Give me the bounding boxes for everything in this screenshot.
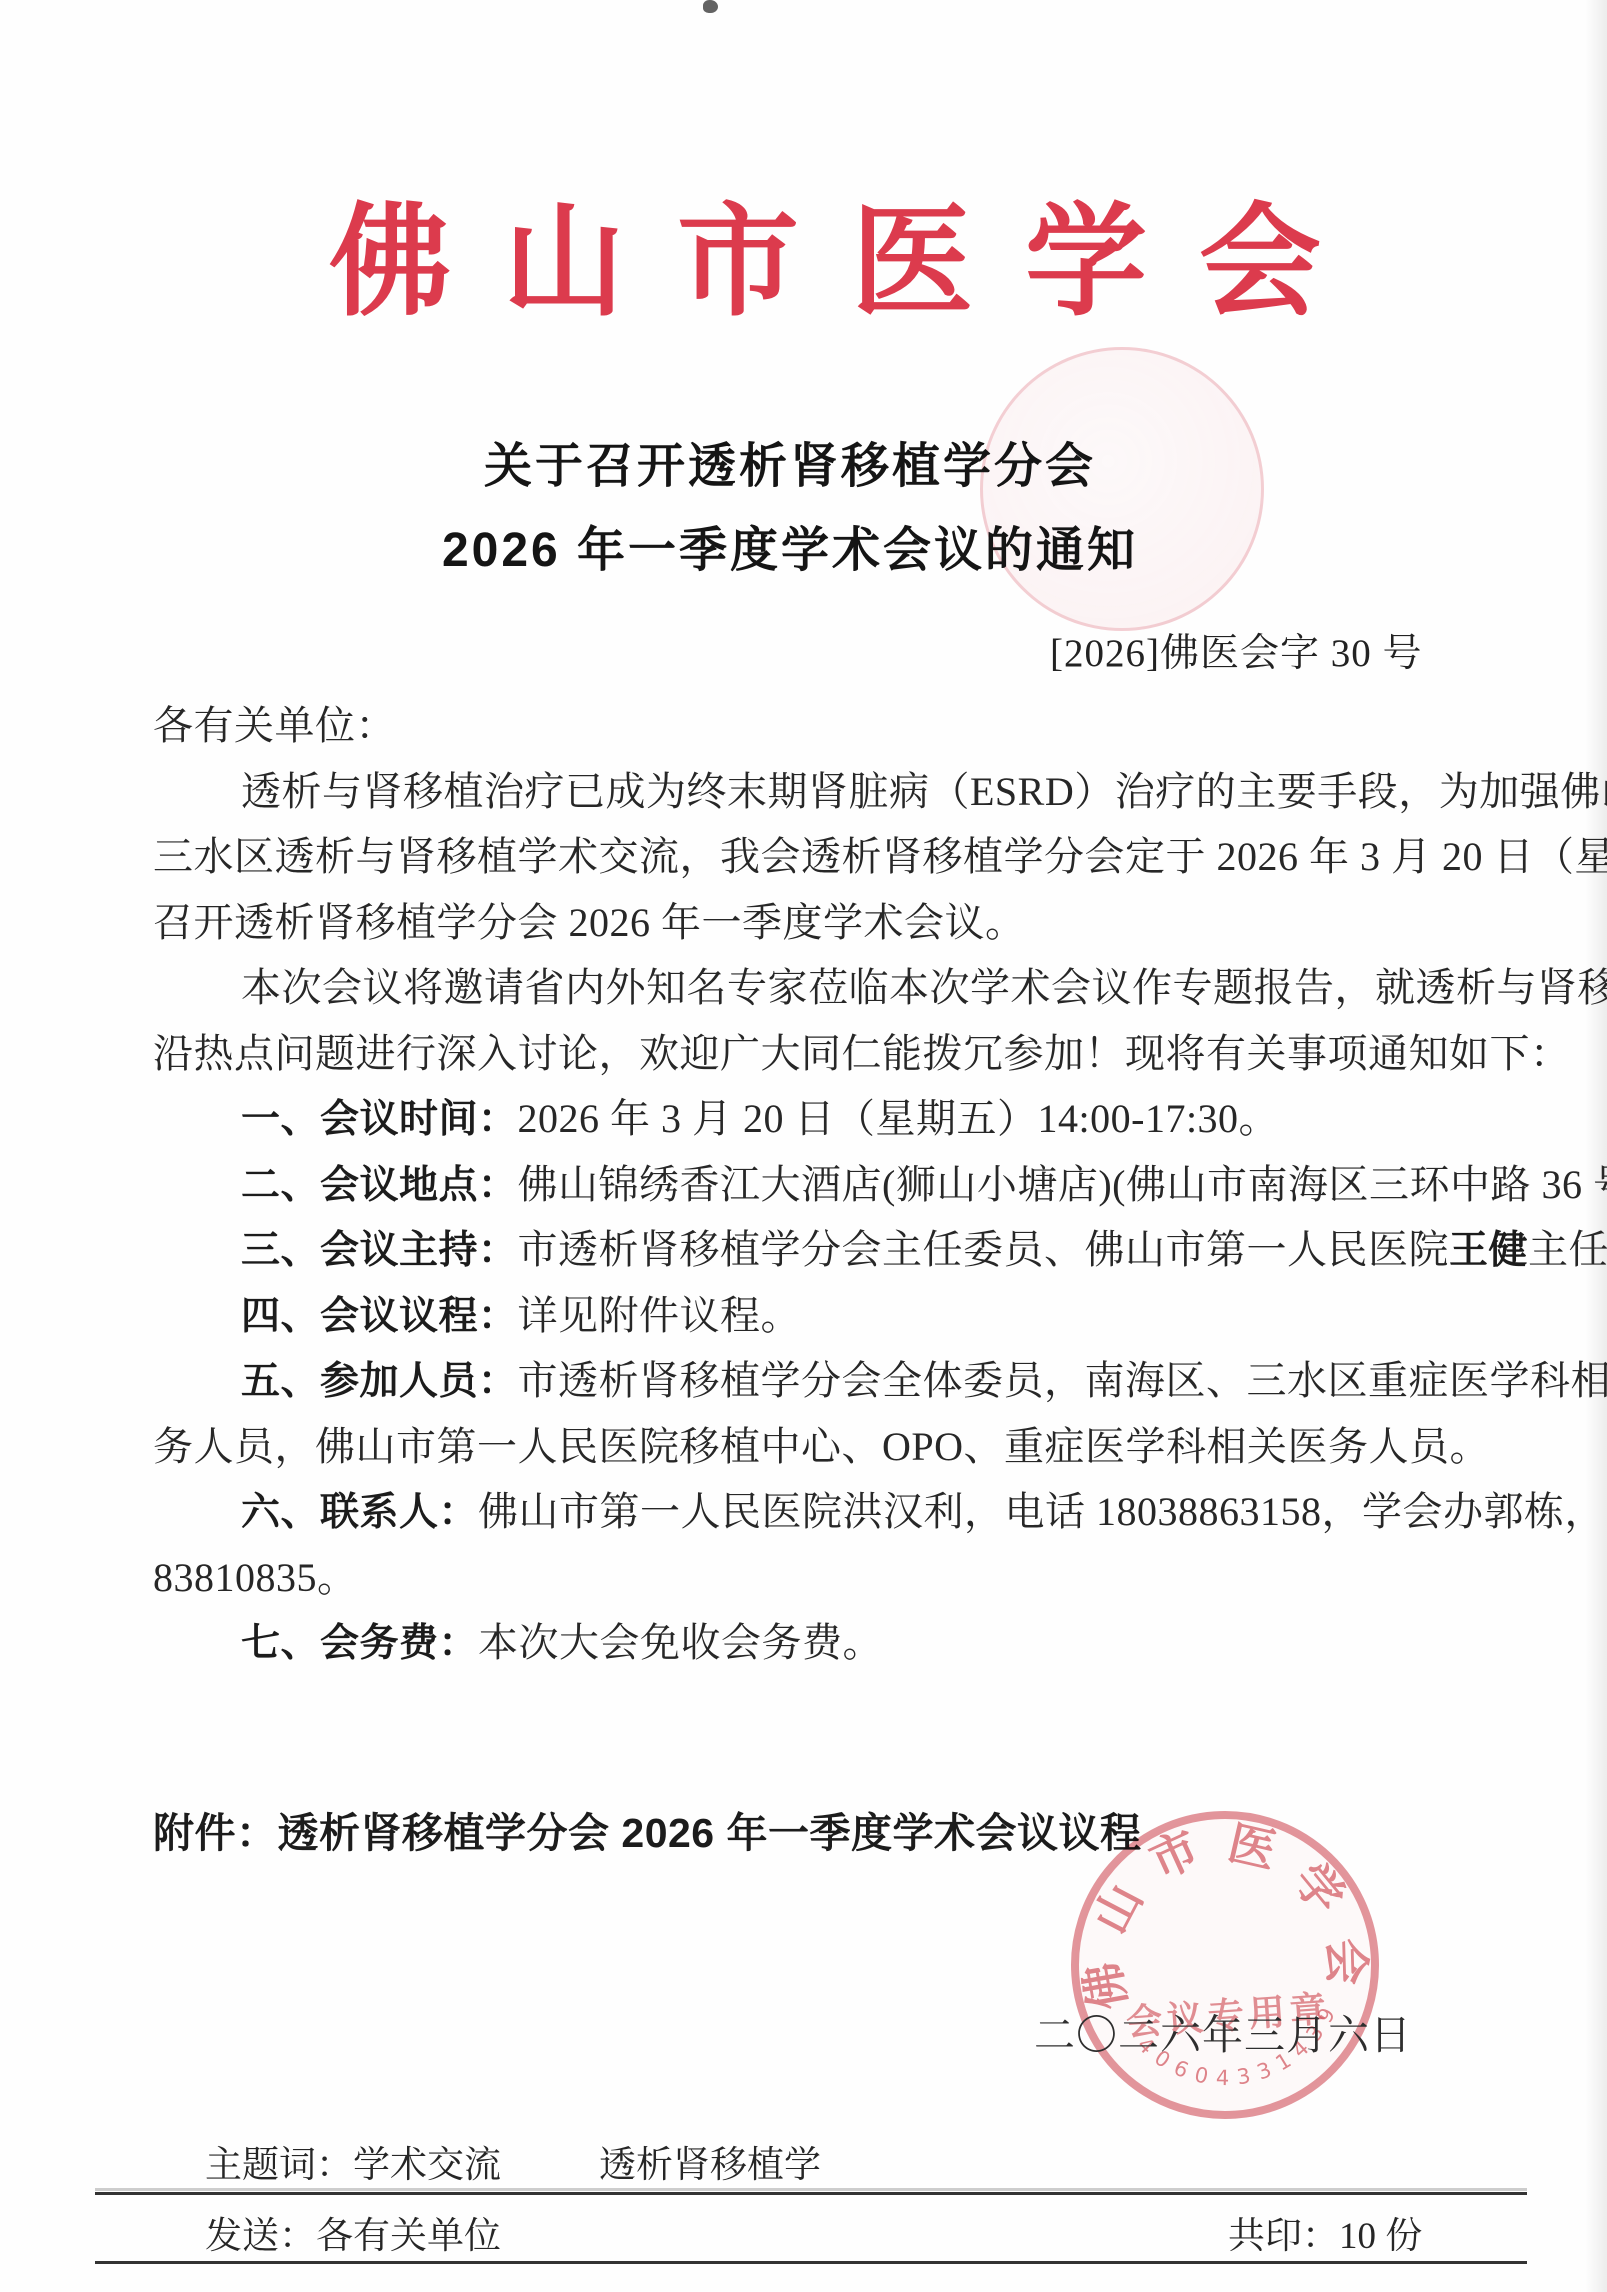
body-text: 佛山锦绣香江大酒店(狮山小塘店)(佛山市南海区三环中路 36 号)。 [518,1162,1607,1207]
body-text: 主任 [1528,1227,1607,1272]
official-seal: 佛山市医学会 会议专用章 406043314391 [1060,1800,1390,2130]
body-line: 五、参加人员：市透析肾移植学分会全体委员，南海区、三水区重症医学科相关医 [153,1355,1607,1408]
body-text-bold: 六、联系人： [241,1491,478,1534]
body-text: 市透析肾移植学分会全体委员，南海区、三水区重症医学科相关医 [518,1358,1607,1403]
body-text: 召开透析肾移植学分会 2026 年一季度学术会议。 [153,900,1026,945]
document-number: [2026]佛医会字 30 号 [1050,622,1422,678]
scanned-notice-page: 佛山市医学会 关于召开透析肾移植学分会 2026 年一季度学术会议的通知 [20… [0,0,1607,2292]
org-name-header: 佛山市医学会 [0,196,1607,333]
copies-cell: 共印：10 份 [1228,2205,1422,2259]
send-to-value: 各有关单位 [316,2216,501,2257]
body-text: 2026 年 3 月 20 日（星期五）14:00-17:30。 [518,1096,1280,1141]
body-text: 务人员，佛山市第一人民医院移植中心、OPO、重症医学科相关医务人员。 [153,1424,1490,1469]
issue-date: 二〇二六年三月六日 [1034,2002,1412,2061]
keyword-1: 学术交流 [353,2145,501,2186]
document-title-line1: 关于召开透析肾移植学分会 [0,443,1580,491]
document-title-line2: 2026 年一季度学术会议的通知 [0,527,1580,575]
body-line: 务人员，佛山市第一人民医院移植中心、OPO、重症医学科相关医务人员。 [153,1421,1490,1473]
body-text-bold: 五、参加人员： [241,1360,518,1403]
keywords-label: 主题词： [205,2145,353,2186]
body-line: 四、会议议程：详见附件议程。 [153,1290,801,1343]
body-line: 六、联系人：佛山市第一人民医院洪汉利，电话 18038863158，学会办郭栋，… [153,1486,1607,1539]
body-line: 沿热点问题进行深入讨论，欢迎广大同仁能拨冗参加！现将有关事项通知如下： [153,1028,1571,1080]
body-line: 二、会议地点：佛山锦绣香江大酒店(狮山小塘店)(佛山市南海区三环中路 36 号)… [153,1159,1607,1212]
body-line: 本次会议将邀请省内外知名专家莅临本次学术会议作专题报告，就透析与肾移植前 [153,962,1607,1014]
body-text: 本次大会免收会务费。 [478,1620,883,1665]
send-label: 发送： [205,2216,316,2257]
body-line: 三水区透析与肾移植学术交流，我会透析肾移植学分会定于 2026 年 3 月 20… [153,831,1607,883]
body-text: 83810835。 [153,1555,358,1600]
body-text-bold: 二、会议地点： [241,1164,518,1207]
body-text: 本次会议将邀请省内外知名专家莅临本次学术会议作专题报告，就透析与肾移植前 [241,965,1607,1010]
body-text-bold: 七、会务费： [241,1622,478,1665]
copies-value: 10 份 [1339,2216,1422,2257]
footer-rule-top [95,2192,1527,2195]
body-text: 透析与肾移植治疗已成为终末期肾脏病（ESRD）治疗的主要手段，为加强佛山南海、 [241,769,1607,814]
body-text: 三水区透析与肾移植学术交流，我会透析肾移植学分会定于 2026 年 3 月 20… [153,834,1607,879]
body-text-bold: 四、会议议程： [241,1295,518,1338]
body-line: 83810835。 [153,1552,358,1604]
attachment-line: 附件：透析肾移植学分会 2026 年一季度学术会议议程 [153,1800,1142,1859]
copies-label: 共印： [1228,2216,1339,2257]
keywords-row: 主题词：学术交流透析肾移植学 [205,2134,821,2188]
body-line: 一、会议时间：2026 年 3 月 20 日（星期五）14:00-17:30。 [153,1093,1279,1146]
body-line: 召开透析肾移植学分会 2026 年一季度学术会议。 [153,897,1026,949]
body-text-bold: 三、会议主持： [241,1229,518,1272]
send-row: 发送：各有关单位 [205,2205,501,2259]
body-text: 详见附件议程。 [518,1293,802,1338]
body-text: 佛山市第一人民医院洪汉利，电话 18038863158，学会办郭栋，电话： [478,1489,1607,1534]
body-line: 七、会务费：本次大会免收会务费。 [153,1617,883,1670]
body-line: 透析与肾移植治疗已成为终末期肾脏病（ESRD）治疗的主要手段，为加强佛山南海、 [153,766,1607,818]
body-line: 各有关单位： [153,700,396,752]
body-line: 三、会议主持：市透析肾移植学分会主任委员、佛山市第一人民医院王健主任 [153,1224,1607,1277]
footer-rule-bottom [95,2261,1527,2264]
body-text: 各有关单位： [153,703,396,748]
scan-artifact-dot [703,0,718,13]
body-text: 沿热点问题进行深入讨论，欢迎广大同仁能拨冗参加！现将有关事项通知如下： [153,1031,1571,1076]
body-text-bold: 王健 [1449,1229,1528,1272]
keyword-2: 透析肾移植学 [599,2145,821,2186]
body-text: 市透析肾移植学分会主任委员、佛山市第一人民医院 [518,1227,1450,1272]
body-text-bold: 一、会议时间： [241,1098,518,1141]
scan-edge-shadow [1585,0,1607,2292]
